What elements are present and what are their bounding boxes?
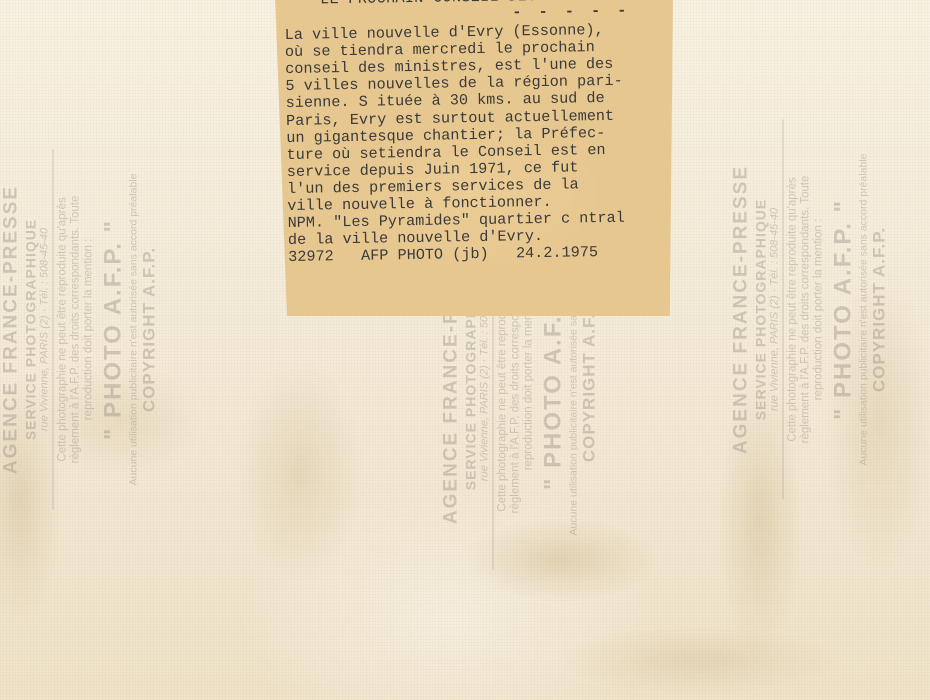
photo-credit: AFP PHOTO (jb) (361, 245, 489, 265)
stamp-address: rue Vivienne, PARIS (2) · Tél. : 508-45-… (39, 150, 54, 510)
reference-number: 32972 (288, 248, 334, 267)
stamp-copyright: COPYRIGHT A.F.P. (140, 150, 160, 510)
stamp-usage: Aucune utilisation publicitaire n'est au… (128, 150, 140, 510)
stamp-notice-line: règlement à l'A.F.P. des droits correspo… (70, 150, 83, 510)
stamp-copyright: COPYRIGHT A.F.P. (870, 120, 890, 500)
stamp-service: SERVICE PHOTOGRAPHIQUE (23, 150, 39, 510)
stamp-address: rue Vivienne, PARIS (2) · Tél. : 508-45-… (769, 120, 784, 500)
afp-stamp: AGENCE FRANCE-PRESSE SERVICE PHOTOGRAPHI… (1, 150, 160, 510)
afp-stamp: AGENCE FRANCE-PRESSE SERVICE PHOTOGRAPHI… (731, 120, 890, 500)
stamp-notice-line: reproduction doit porter la mention : (83, 150, 96, 510)
typewritten-caption: LE PROCHAIN CONSEIL DES MINISTRES - - - … (284, 0, 635, 266)
stamp-usage: Aucune utilisation publicitaire n'est au… (858, 120, 870, 500)
stamp-agency: AGENCE FRANCE-PRESSE (1, 150, 23, 510)
stamp-notice-line: règlement à l'A.F.P. des droits correspo… (800, 120, 813, 500)
stamp-notice-line: Cette photographie ne peut être reprodui… (57, 150, 70, 510)
stamp-notice-line: reproduction doit porter la mention : (813, 120, 826, 500)
stamp-notice-line: Cette photographie ne peut être reprodui… (787, 120, 800, 500)
stamp-agency: AGENCE FRANCE-PRESSE (731, 120, 753, 500)
stamp-photo-mark: " PHOTO A.F.P. " (830, 120, 858, 500)
caption-body: La ville nouvelle d'Evry (Essonne),où se… (285, 22, 635, 250)
stamp-photo-mark: " PHOTO A.F.P. " (100, 150, 128, 510)
stamp-service: SERVICE PHOTOGRAPHIQUE (753, 120, 769, 500)
caption-date: 24.2.1975 (516, 243, 598, 262)
